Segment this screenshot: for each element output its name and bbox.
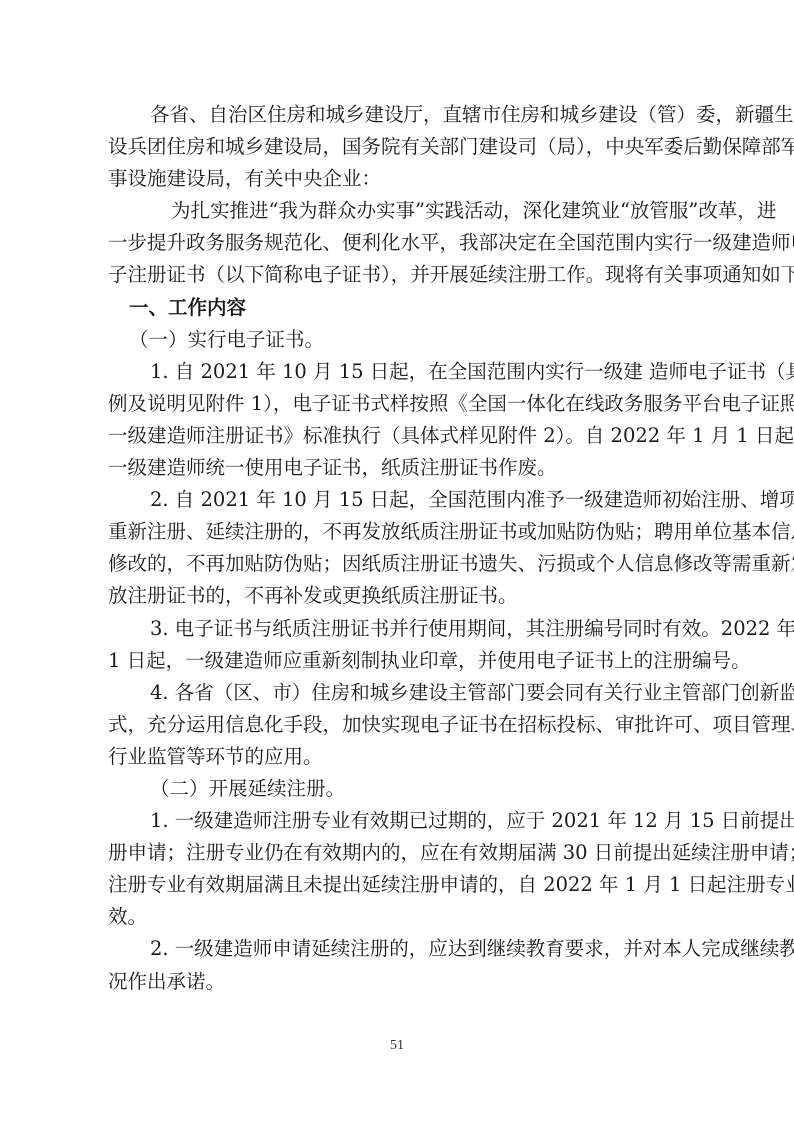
intro-paragraph: 为扎实推进“我为群众办实事”实践活动，深化建筑业“放管服”改革，进 一步提升政务… (108, 195, 692, 291)
renewal-item-2-paragraph: 2. 一级建造师申请延续注册的，应达到继续教育要求，并对本人完成继续教育情 况作… (108, 933, 692, 997)
text-line: 设兵团住房和城乡建设局，国务院有关部门建设司（局），中央军委后勤保障部军 (108, 131, 692, 163)
item-3-paragraph: 3. 电子证书与纸质注册证书并行使用期间，其注册编号同时有效。2022 年 1 … (108, 613, 692, 677)
text-line: 式，充分运用信息化手段，加快实现电子证书在招标投标、审批许可、项目管理、 (108, 709, 692, 741)
text-line: 一级建造师注册证书》标准执行（具体式样见附件 2）。自 2022 年 1 月 1… (108, 420, 692, 452)
text-line: 册申请；注册专业仍在有效期内的，应在有效期届满 30 日前提出延续注册申请； (108, 837, 692, 869)
text-line: 3. 电子证书与纸质注册证书并行使用期间，其注册编号同时有效。2022 年 1 … (108, 613, 692, 645)
text-line: 为扎实推进“我为群众办实事”实践活动，深化建筑业“放管服”改革，进 (108, 195, 692, 227)
text-line: 1. 一级建造师注册专业有效期已过期的，应于 2021 年 12 月 15 日前… (108, 805, 692, 837)
section-heading: 一、工作内容 (108, 292, 692, 324)
item-2-paragraph: 2. 自 2021 年 10 月 15 日起，全国范围内准予一级建造师初始注册、… (108, 484, 692, 612)
text-line: 行业监管等环节的应用。 (108, 741, 692, 773)
document-body: 各省、自治区住房和城乡建设厅，直辖市住房和城乡建设（管）委，新疆生产建 设兵团住… (108, 99, 692, 998)
text-line: 况作出承诺。 (108, 966, 692, 998)
document-page: 各省、自治区住房和城乡建设厅，直辖市住房和城乡建设（管）委，新疆生产建 设兵团住… (0, 0, 794, 1122)
subsection-heading: （一）实行电子证书。 (108, 324, 692, 356)
text-line: 修改的，不再加贴防伪贴；因纸质注册证书遗失、污损或个人信息修改等需重新发 (108, 548, 692, 580)
item-4-paragraph: 4. 各省（区、市）住房和城乡建设主管部门要会同有关行业主管部门创新监管模 式，… (108, 677, 692, 773)
text-line: 1 日起，一级建造师应重新刻制执业印章，并使用电子证书上的注册编号。 (108, 645, 692, 677)
page-number: 51 (0, 1038, 794, 1054)
text-line: 各省、自治区住房和城乡建设厅，直辖市住房和城乡建设（管）委，新疆生产建 (108, 99, 692, 131)
renewal-item-1-paragraph: 1. 一级建造师注册专业有效期已过期的，应于 2021 年 12 月 15 日前… (108, 805, 692, 933)
subsection-heading: （二）开展延续注册。 (108, 773, 692, 805)
text-line: 注册专业有效期届满且未提出延续注册申请的，自 2022 年 1 月 1 日起注册… (108, 869, 692, 901)
text-line: 放注册证书的，不再补发或更换纸质注册证书。 (108, 580, 692, 612)
text-line: 效。 (108, 901, 692, 933)
item-1-paragraph: 1. 自 2021 年 10 月 15 日起，在全国范围内实行一级建 造师电子证… (108, 356, 692, 484)
text-line: 2. 一级建造师申请延续注册的，应达到继续教育要求，并对本人完成继续教育情 (108, 933, 692, 965)
text-line: 子注册证书（以下简称电子证书），并开展延续注册工作。现将有关事项通知如下： (108, 259, 692, 291)
text-line: 2. 自 2021 年 10 月 15 日起，全国范围内准予一级建造师初始注册、… (108, 484, 692, 516)
salutation-paragraph: 各省、自治区住房和城乡建设厅，直辖市住房和城乡建设（管）委，新疆生产建 设兵团住… (108, 99, 692, 195)
text-line: 例及说明见附件 1），电子证书式样按照《全国一体化在线政务服务平台电子证照 (108, 388, 692, 420)
text-line: 一步提升政务服务规范化、便利化水平，我部决定在全国范围内实行一级建造师电 (108, 227, 692, 259)
text-line: 一级建造师统一使用电子证书，纸质注册证书作废。 (108, 452, 692, 484)
text-line: 事设施建设局，有关中央企业： (108, 163, 692, 195)
text-line: 1. 自 2021 年 10 月 15 日起，在全国范围内实行一级建 造师电子证… (108, 356, 692, 388)
text-line: 重新注册、延续注册的，不再发放纸质注册证书或加贴防伪贴；聘用单位基本信息 (108, 516, 692, 548)
text-line: 4. 各省（区、市）住房和城乡建设主管部门要会同有关行业主管部门创新监管模 (108, 677, 692, 709)
